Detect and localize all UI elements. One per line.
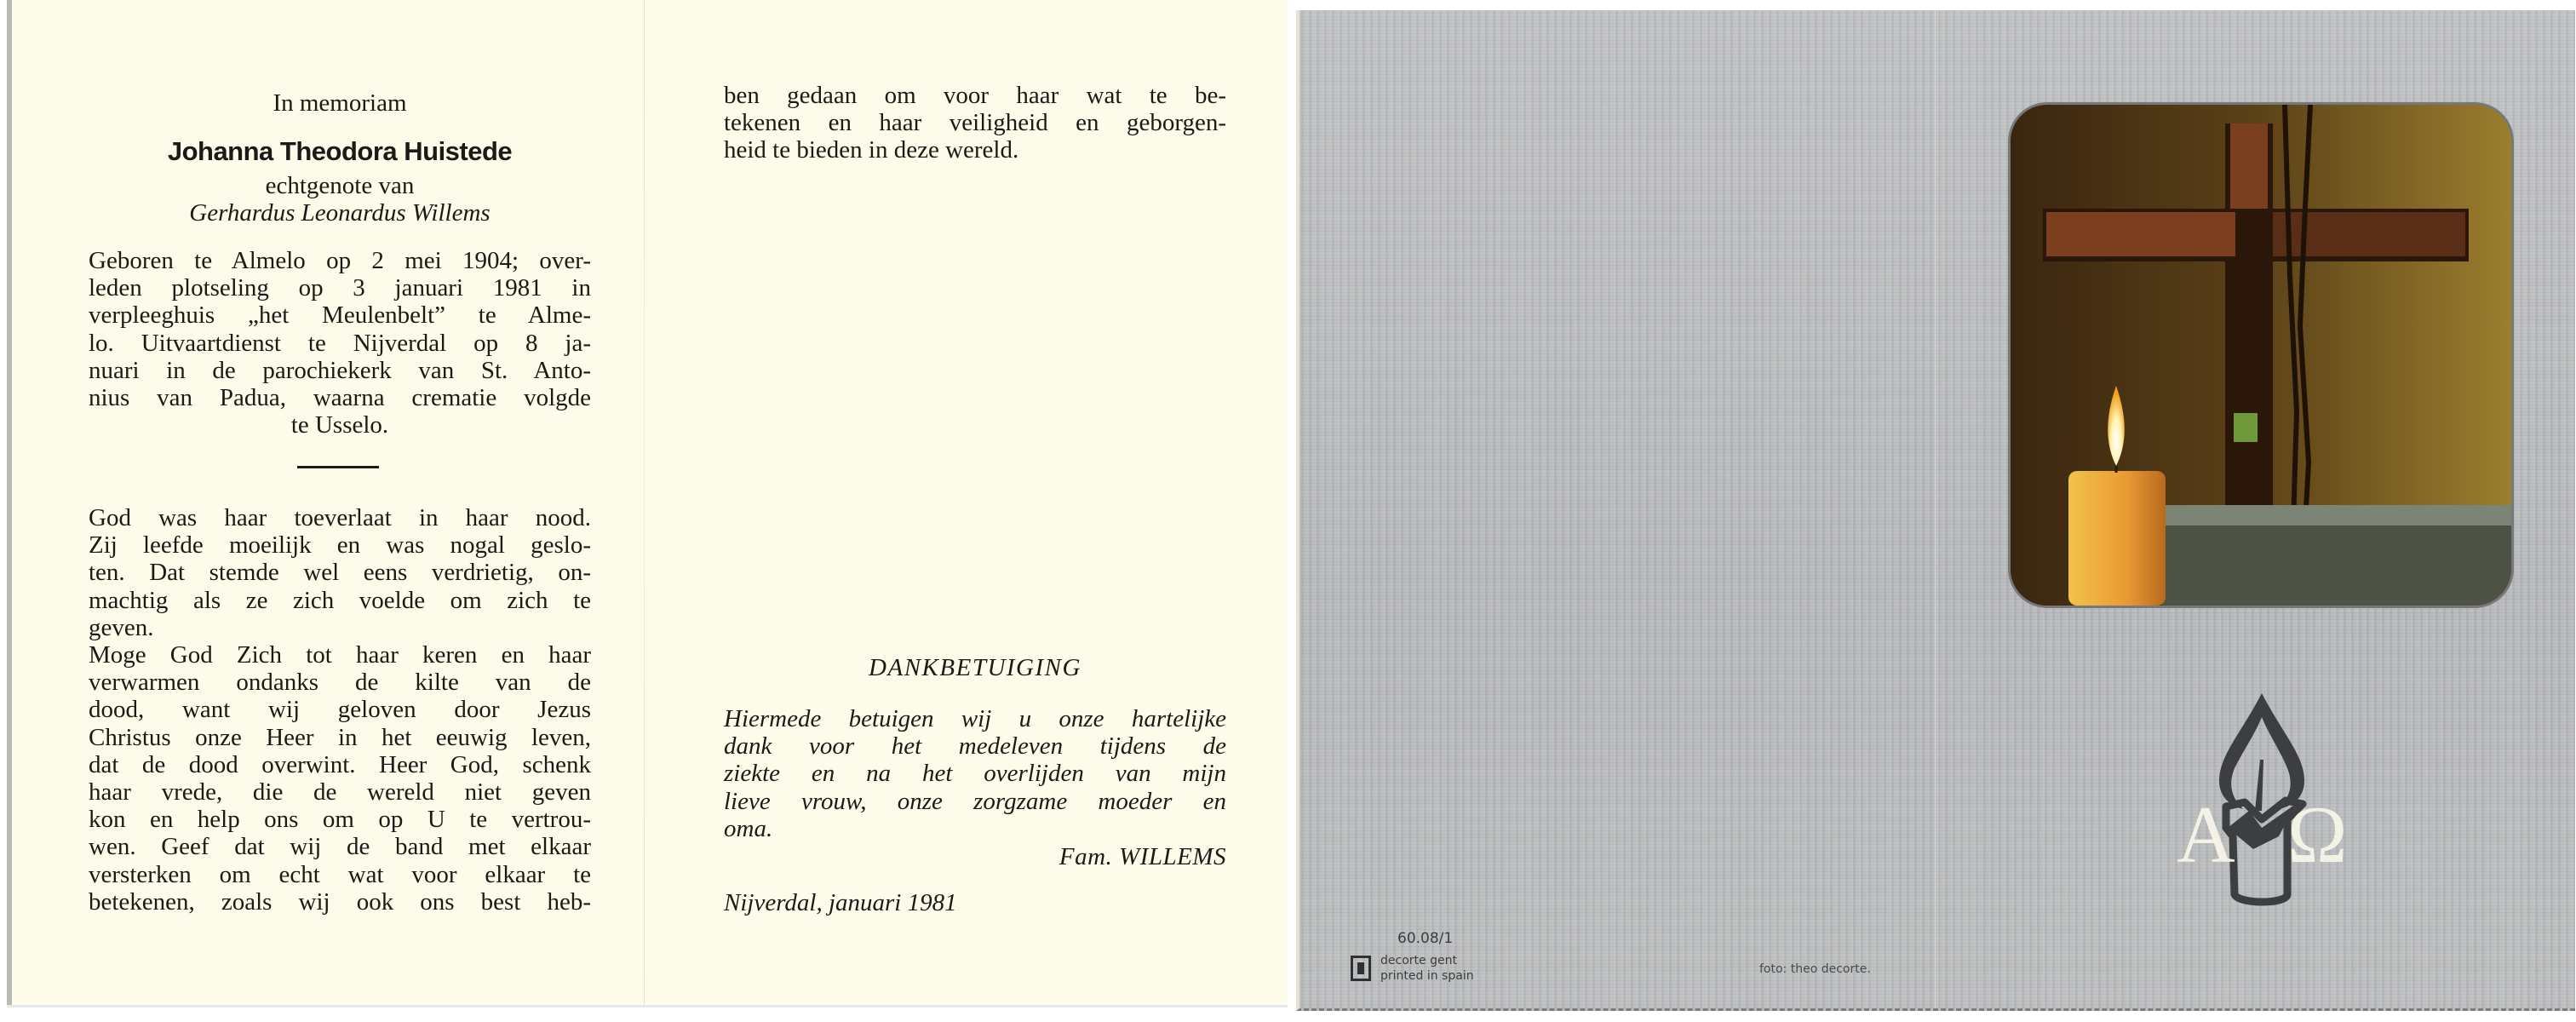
thanks-line: oma. <box>724 815 1226 842</box>
bio-line: Geboren te Almelo op 2 mei 1904; over- <box>89 247 591 274</box>
prayer-line: heid te bieden in deze wereld. <box>724 136 1226 164</box>
biography-paragraph: Geboren te Almelo op 2 mei 1904; over- l… <box>89 247 591 439</box>
printer-origin: printed in spain <box>1380 969 1474 983</box>
place-date: Nijverdal, januari 1981 <box>724 889 957 917</box>
deceased-name: Johanna Theodora Huistede <box>89 136 591 167</box>
spouse-intro: echtgenote van <box>89 172 591 200</box>
prayer-line: dat de dood overwint. Heer God, schenk <box>89 751 591 778</box>
thanks-paragraph: Hiermede betuigen wij u onze hartelijke … <box>724 705 1226 842</box>
family-signature: Fam. WILLEMS <box>1059 843 1226 871</box>
printer-logo-icon <box>1351 956 1371 981</box>
alpha-omega-candle-symbol: Α Ω <box>2160 692 2364 909</box>
prayer-line: verwarmen ondanks de kilte van de <box>89 669 591 696</box>
thanks-line: Hiermede betuigen wij u onze hartelijke <box>724 705 1226 732</box>
spouse-name: Gerhardus Leonardus Willems <box>89 199 591 227</box>
card-inside: In memoriam Johanna Theodora Huistede ec… <box>7 0 1288 1005</box>
svg-text:Ω: Ω <box>2287 789 2348 880</box>
prayer-line: God was haar toeverlaat in haar nood. <box>89 504 591 531</box>
bio-line: te Usselo. <box>89 411 591 439</box>
photo-credit: foto: theo decorte. <box>1759 962 1871 976</box>
cross-candle-photo <box>2008 102 2514 608</box>
thanks-line: lieve vrouw, onze zorgzame moeder en <box>724 788 1226 815</box>
prayer-line: Moge God Zich tot haar keren en haar <box>89 641 591 669</box>
memoriam-heading: In memoriam <box>89 89 591 118</box>
prayer-line: versterken om echt wat voor elkaar te <box>89 861 591 888</box>
bio-line: nius van Padua, waarna crematie volgde <box>89 384 591 411</box>
printer-name: decorte gent <box>1380 954 1457 967</box>
bio-line: lo. Uitvaartdienst te Nijverdal op 8 ja- <box>89 330 591 357</box>
prayer-line: ben gedaan om voor haar wat te be- <box>724 82 1226 109</box>
fold-line <box>644 0 645 1005</box>
svg-text:Α: Α <box>2177 789 2235 880</box>
prayer-line: dood, want wij geloven door Jezus <box>89 696 591 723</box>
prayer-line: kon en help ons om op U te vertrou- <box>89 806 591 833</box>
prayer-line: tekenen en haar veiligheid en geborgen- <box>724 109 1226 136</box>
prayer-line: machtig als ze zich voelde om zich te <box>89 587 591 614</box>
alpha-omega-icon: Α Ω <box>2160 692 2364 909</box>
product-code: 60.08/1 <box>1397 930 1453 947</box>
prayer-continuation: ben gedaan om voor haar wat te be- teken… <box>724 82 1226 164</box>
prayer-line: ten. Dat stemde wel eens verdrietig, on- <box>89 559 591 586</box>
cross-candle-image <box>2011 105 2511 606</box>
thanks-line: ziekte en na het overlijden van mijn <box>724 760 1226 787</box>
prayer-line: geven. <box>89 614 591 641</box>
prayer-line: betekenen, zoals wij ook ons best heb- <box>89 888 591 916</box>
prayer-line: Christus onze Heer in het eeuwig leven, <box>89 724 591 751</box>
prayer-line: haar vrede, die de wereld niet geven <box>89 778 591 806</box>
thanks-line: dank voor het medeleven tijdens de <box>724 732 1226 760</box>
prayer-line: wen. Geef dat wij de band met elkaar <box>89 833 591 860</box>
card-cover: Α Ω 60.08/1 decorte gent printed in spai… <box>1296 10 2575 1011</box>
bio-line: leden plotseling op 3 januari 1981 in <box>89 274 591 301</box>
bio-line: verpleeghuis „het Meulenbelt” te Alme- <box>89 301 591 329</box>
prayer-paragraph: God was haar toeverlaat in haar nood. Zi… <box>89 504 591 916</box>
thanks-title: DANKBETUIGING <box>724 654 1226 682</box>
separator-rule <box>297 466 379 468</box>
prayer-line: Zij leefde moeilijk en was nogal geslo- <box>89 531 591 559</box>
fold-line <box>1935 10 1938 1008</box>
bio-line: nuari in de parochiekerk van St. Anto- <box>89 357 591 384</box>
